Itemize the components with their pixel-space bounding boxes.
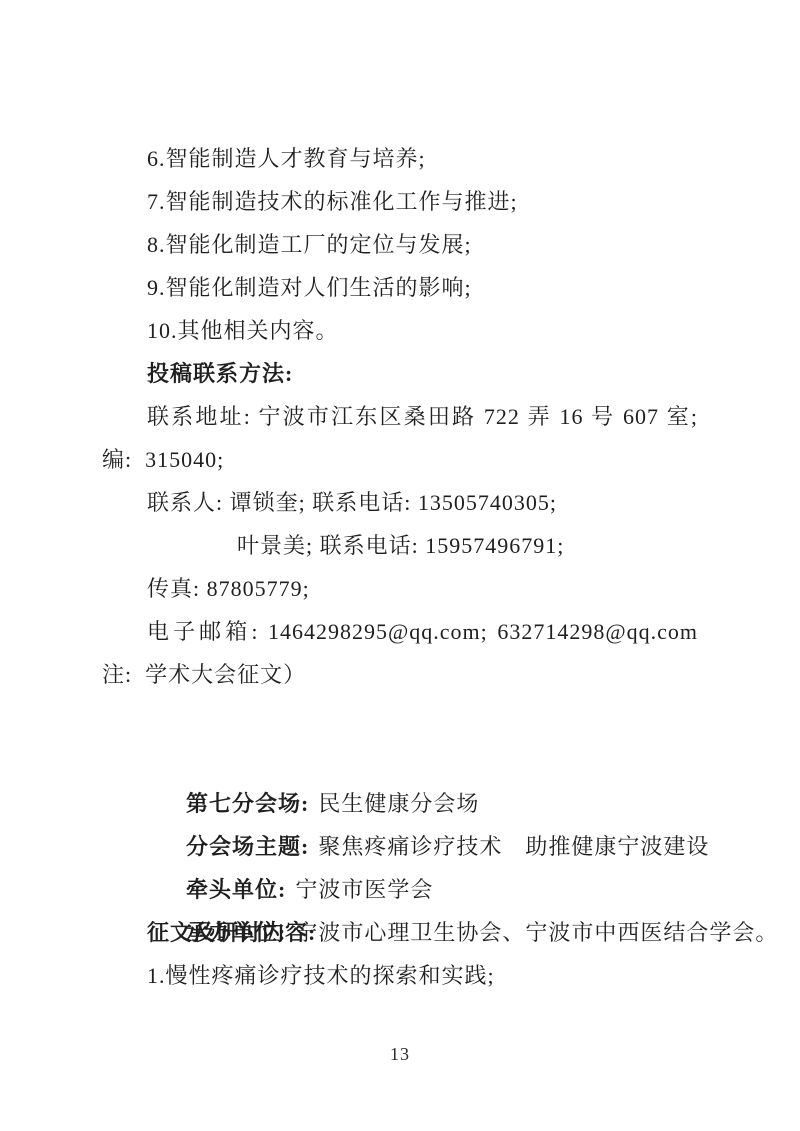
- list-item-10: 10.其他相关内容。: [102, 309, 698, 352]
- lead-unit-value: 宁波市医学会: [295, 877, 433, 902]
- contact-line-1: 联系人: 谭锁奎; 联系电话: 13505740305;: [102, 481, 698, 524]
- document-page: 6.智能制造人才教育与培养; 7.智能制造技术的标准化工作与推进; 8.智能化制…: [0, 0, 800, 1131]
- document-body: 6.智能制造人才教育与培养; 7.智能制造技术的标准化工作与推进; 8.智能化制…: [102, 137, 698, 997]
- blank-line: [102, 696, 698, 739]
- contact-line-2: 叶景美; 联系电话: 15957496791;: [102, 524, 698, 567]
- list-item-8: 8.智能化制造工厂的定位与发展;: [102, 223, 698, 266]
- page-number: 13: [0, 1044, 800, 1065]
- theme-value: 聚焦疼痛诊疗技术 助推健康宁波建设: [318, 834, 709, 859]
- list-item-6: 6.智能制造人才教育与培养;: [102, 137, 698, 180]
- email-line-1: 电子邮箱: 1464298295@qq.com; 632714298@qq.co…: [102, 610, 698, 653]
- organizer-value: 宁波市心理卫生协会、宁波市中西医结合学会。: [295, 920, 778, 945]
- theme-label: 分会场主题:: [186, 834, 309, 859]
- list-item-7: 7.智能制造技术的标准化工作与推进;: [102, 180, 698, 223]
- topic-item-1: 1.慢性疼痛诊疗技术的探索和实践;: [102, 954, 698, 997]
- fax-line: 传真: 87805779;: [102, 567, 698, 610]
- session7-label: 第七分会场:: [186, 791, 309, 816]
- email-line-2: 注: 学术大会征文）: [102, 653, 698, 696]
- list-item-9: 9.智能化制造对人们生活的影响;: [102, 266, 698, 309]
- address-line-2: 编: 315040;: [102, 438, 698, 481]
- lead-unit-label: 牵头单位:: [186, 877, 286, 902]
- session7-title-line: 第七分会场:民生健康分会场: [102, 739, 698, 782]
- session7-value: 民生健康分会场: [318, 791, 479, 816]
- address-line-1: 联系地址: 宁波市江东区桑田路 722 弄 16 号 607 室; 邮: [102, 395, 698, 438]
- submission-heading: 投稿联系方法:: [102, 352, 698, 395]
